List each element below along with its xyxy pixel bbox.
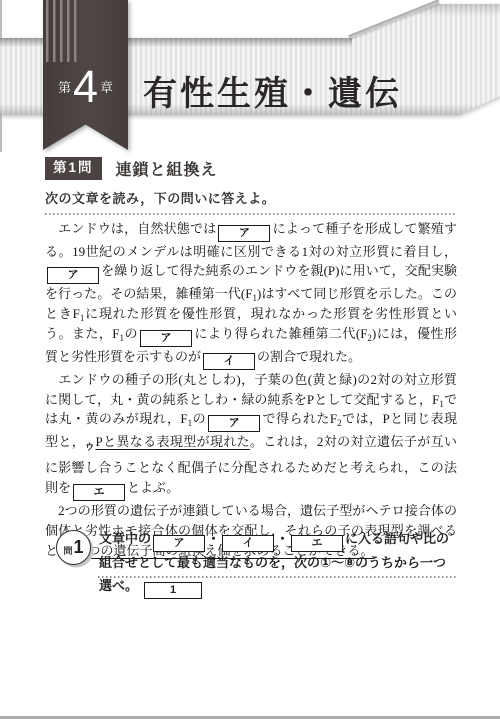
passage-text: エンドウの種子の形(丸としわ)，子葉の色(黄と緑)の2対の対立形質に関して，丸・… (45, 372, 457, 407)
chapter-suffix: 章 (100, 77, 113, 96)
passage-text: の (192, 411, 206, 426)
blank-box-イ: イ (222, 535, 274, 552)
section-label: 第1問 (45, 157, 102, 180)
chapter-label: 第 4 章 (43, 60, 128, 112)
passage-text: ・ (207, 531, 220, 546)
blank-box-エ: エ (291, 535, 343, 552)
question1-badge: 問 1 (56, 530, 91, 565)
exam-page: 第 4 章 有性生殖・遺伝 第1問 連鎖と組換え 次の文章を読み，下の問いに答え… (0, 0, 500, 723)
underlined-phrase: Pと異なる表現型が現れた (95, 434, 250, 449)
question1: 問 1 文章中のア・イ・エに入る語句や比の組合せとして最も適当なものを，次の①～… (45, 528, 457, 599)
passage-text: の割合で現れた。 (257, 349, 361, 364)
blank-box-ア: ア (208, 415, 260, 432)
passage-text: の (124, 326, 138, 341)
blank-box-イ: イ (203, 353, 255, 370)
section-title: 連鎖と組換え (116, 157, 218, 180)
blank-box-ア: ア (140, 330, 192, 347)
instruction-text: 次の文章を読み，下の問いに答えよ。 (45, 188, 457, 207)
passage-text: ・ (276, 531, 289, 546)
passage-text: 文章中の (99, 531, 151, 546)
passage-text: とよぶ。 (127, 480, 179, 495)
main-content: 第1問 連鎖と組換え 次の文章を読み，下の問いに答えよ。 エンドウは，自然状態で… (45, 157, 457, 566)
blank-box-ア: ア (153, 535, 205, 552)
blank-box-ア: ア (47, 267, 99, 284)
section-header: 第1問 連鎖と組換え (45, 157, 457, 180)
dotted-divider-top (45, 213, 457, 215)
passage-paragraph: エンドウは，自然状態ではアによって種子を形成して繁殖する。19世紀のメンデルは明… (45, 219, 457, 370)
question1-text: 文章中のア・イ・エに入る語句や比の組合せとして最も適当なものを，次の①～⑧のうち… (99, 528, 457, 599)
passage: エンドウは，自然状態ではアによって種子を形成して繁殖する。19世紀のメンデルは明… (45, 219, 457, 567)
page-bottom-border (0, 716, 500, 719)
dotted-divider-bottom (98, 576, 457, 578)
passage-text: エンドウは，自然状態では (45, 221, 216, 236)
passage-text: により得られた雑種第二代(F (194, 326, 367, 341)
chapter-number: 4 (73, 64, 98, 109)
blank-box-ア: ア (218, 225, 270, 242)
blank-box-エ: エ (73, 484, 125, 501)
passage-paragraph: エンドウの種子の形(丸としわ)，子葉の色(黄と緑)の2対の対立形質に関して，丸・… (45, 370, 457, 501)
page-title: 有性生殖・遺伝 (143, 60, 402, 120)
underline-label-ウ: ウ (85, 442, 94, 452)
question1-badge-prefix: 問 (63, 544, 72, 557)
question1-badge-number: 1 (74, 537, 84, 558)
ribbon-stripes-decoration (46, 0, 81, 62)
chapter-prefix: 第 (58, 77, 71, 96)
answer-number-box: 1 (144, 582, 202, 599)
passage-text: で得られたF (262, 411, 337, 426)
